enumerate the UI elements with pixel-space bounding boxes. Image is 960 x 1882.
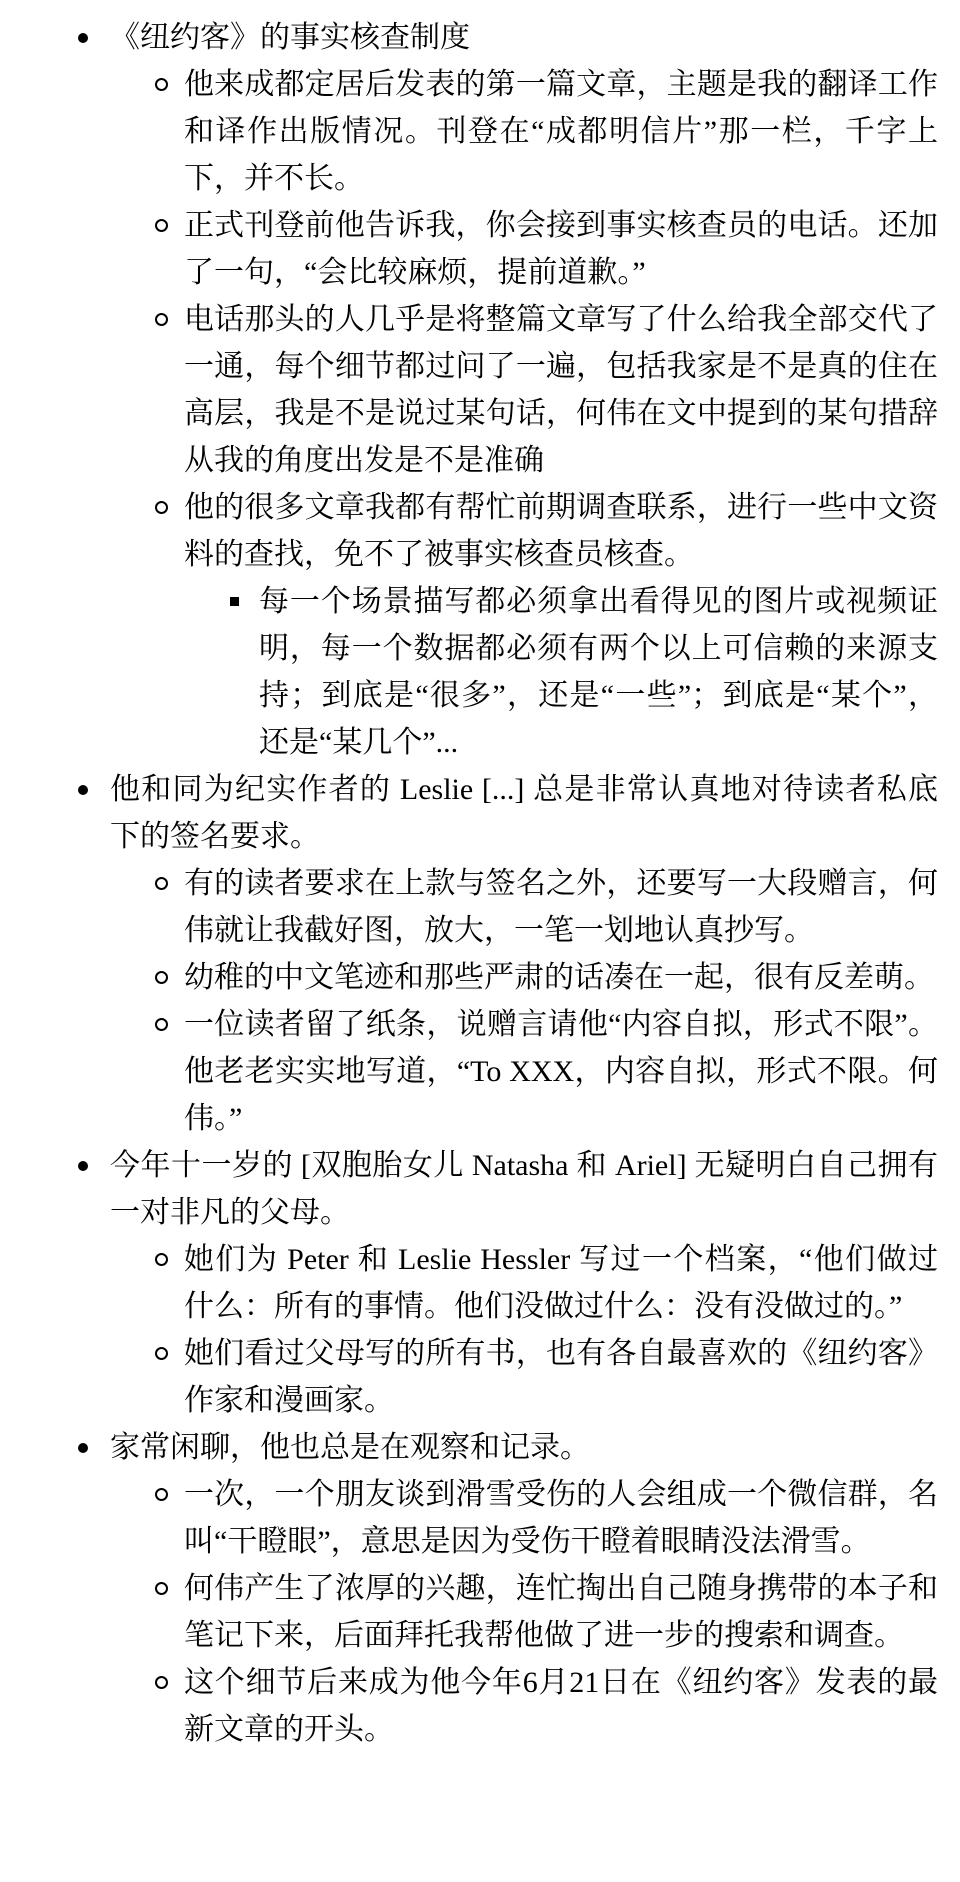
list-item-text: 有的读者要求在上款与签名之外，还要写一大段赠言，何伟就让我截好图，放大，一笔一划… [184,867,938,947]
list-item-text: 他来成都定居后发表的第一篇文章，主题是我的翻译工作和译作出版情况。刊登在“成都明… [184,68,938,195]
list-item: 《纽约客》的事实核查制度 [0,14,960,61]
bullet-circle-icon [146,484,176,531]
list-item-text: 正式刊登前他告诉我，你会接到事实核查员的电话。还加了一句，“会比较麻烦，提前道歉… [184,209,938,289]
list-item: 他的很多文章我都有帮忙前期调查联系，进行一些中文资料的查找，免不了被事实核查员核… [0,484,960,578]
list-item: 今年十一岁的 [双胞胎女儿 Natasha 和 Ariel] 无疑明白自己拥有一… [0,1142,960,1236]
list-item: 她们为 Peter 和 Leslie Hessler 写过一个档案，“他们做过什… [0,1236,960,1330]
bullet-circle-icon [146,1236,176,1283]
list-item-text: 电话那头的人几乎是将整篇文章写了什么给我全部交代了一通，每个细节都过问了一遍，包… [184,303,938,477]
list-item-text: 家常闲聊，他也总是在观察和记录。 [110,1431,590,1464]
bullet-circle-icon [146,1659,176,1706]
list-item: 何伟产生了浓厚的兴趣，连忙掏出自己随身携带的本子和笔记下来，后面拜托我帮他做了进… [0,1565,960,1659]
list-item: 电话那头的人几乎是将整篇文章写了什么给我全部交代了一通，每个细节都过问了一遍，包… [0,296,960,484]
list-item: 他来成都定居后发表的第一篇文章，主题是我的翻译工作和译作出版情况。刊登在“成都明… [0,61,960,202]
list-item-text: 他和同为纪实作者的 Leslie [...] 总是非常认真地对待读者私底下的签名… [110,773,938,853]
bullet-disc-icon [68,14,98,61]
list-item: 这个细节后来成为他今年6月21日在《纽约客》发表的最新文章的开头。 [0,1659,960,1753]
bullet-disc-icon [68,1424,98,1471]
outline-list: 《纽约客》的事实核查制度他来成都定居后发表的第一篇文章，主题是我的翻译工作和译作… [0,14,960,1753]
bullet-circle-icon [146,860,176,907]
bullet-circle-icon [146,954,176,1001]
bullet-circle-icon [146,1001,176,1048]
bullet-circle-icon [146,1330,176,1377]
list-item-text: 这个细节后来成为他今年6月21日在《纽约客》发表的最新文章的开头。 [184,1666,938,1746]
list-item: 家常闲聊，他也总是在观察和记录。 [0,1424,960,1471]
list-item-text: 她们为 Peter 和 Leslie Hessler 写过一个档案，“他们做过什… [184,1243,938,1323]
bullet-circle-icon [146,1565,176,1612]
list-item-text: 她们看过父母写的所有书，也有各自最喜欢的《纽约客》作家和漫画家。 [184,1337,938,1417]
list-item: 有的读者要求在上款与签名之外，还要写一大段赠言，何伟就让我截好图，放大，一笔一划… [0,860,960,954]
list-item: 他和同为纪实作者的 Leslie [...] 总是非常认真地对待读者私底下的签名… [0,766,960,860]
list-item: 幼稚的中文笔迹和那些严肃的话凑在一起，很有反差萌。 [0,954,960,1001]
list-item-text: 幼稚的中文笔迹和那些严肃的话凑在一起，很有反差萌。 [184,961,934,994]
bullet-circle-icon [146,202,176,249]
list-item-text: 一位读者留了纸条，说赠言请他“内容自拟，形式不限”。他老老实实地写道，“To X… [184,1008,938,1135]
list-item: 一次，一个朋友谈到滑雪受伤的人会组成一个微信群，名叫“干瞪眼”，意思是因为受伤干… [0,1471,960,1565]
list-item: 正式刊登前他告诉我，你会接到事实核查员的电话。还加了一句，“会比较麻烦，提前道歉… [0,202,960,296]
list-item: 她们看过父母写的所有书，也有各自最喜欢的《纽约客》作家和漫画家。 [0,1330,960,1424]
bullet-square-icon [219,578,249,625]
bullet-circle-icon [146,61,176,108]
list-item-text: 每一个场景描写都必须拿出看得见的图片或视频证明，每一个数据都必须有两个以上可信赖… [259,585,938,759]
list-item-text: 一次，一个朋友谈到滑雪受伤的人会组成一个微信群，名叫“干瞪眼”，意思是因为受伤干… [184,1478,938,1558]
list-item-text: 今年十一岁的 [双胞胎女儿 Natasha 和 Ariel] 无疑明白自己拥有一… [110,1149,938,1229]
list-item-text: 《纽约客》的事实核查制度 [110,21,470,54]
list-item-text: 他的很多文章我都有帮忙前期调查联系，进行一些中文资料的查找，免不了被事实核查员核… [184,491,938,571]
bullet-circle-icon [146,296,176,343]
document-page: 《纽约客》的事实核查制度他来成都定居后发表的第一篇文章，主题是我的翻译工作和译作… [0,0,960,1882]
list-item: 每一个场景描写都必须拿出看得见的图片或视频证明，每一个数据都必须有两个以上可信赖… [0,578,960,766]
list-item-text: 何伟产生了浓厚的兴趣，连忙掏出自己随身携带的本子和笔记下来，后面拜托我帮他做了进… [184,1572,938,1652]
list-item: 一位读者留了纸条，说赠言请他“内容自拟，形式不限”。他老老实实地写道，“To X… [0,1001,960,1142]
bullet-circle-icon [146,1471,176,1518]
bullet-disc-icon [68,766,98,813]
bullet-disc-icon [68,1142,98,1189]
